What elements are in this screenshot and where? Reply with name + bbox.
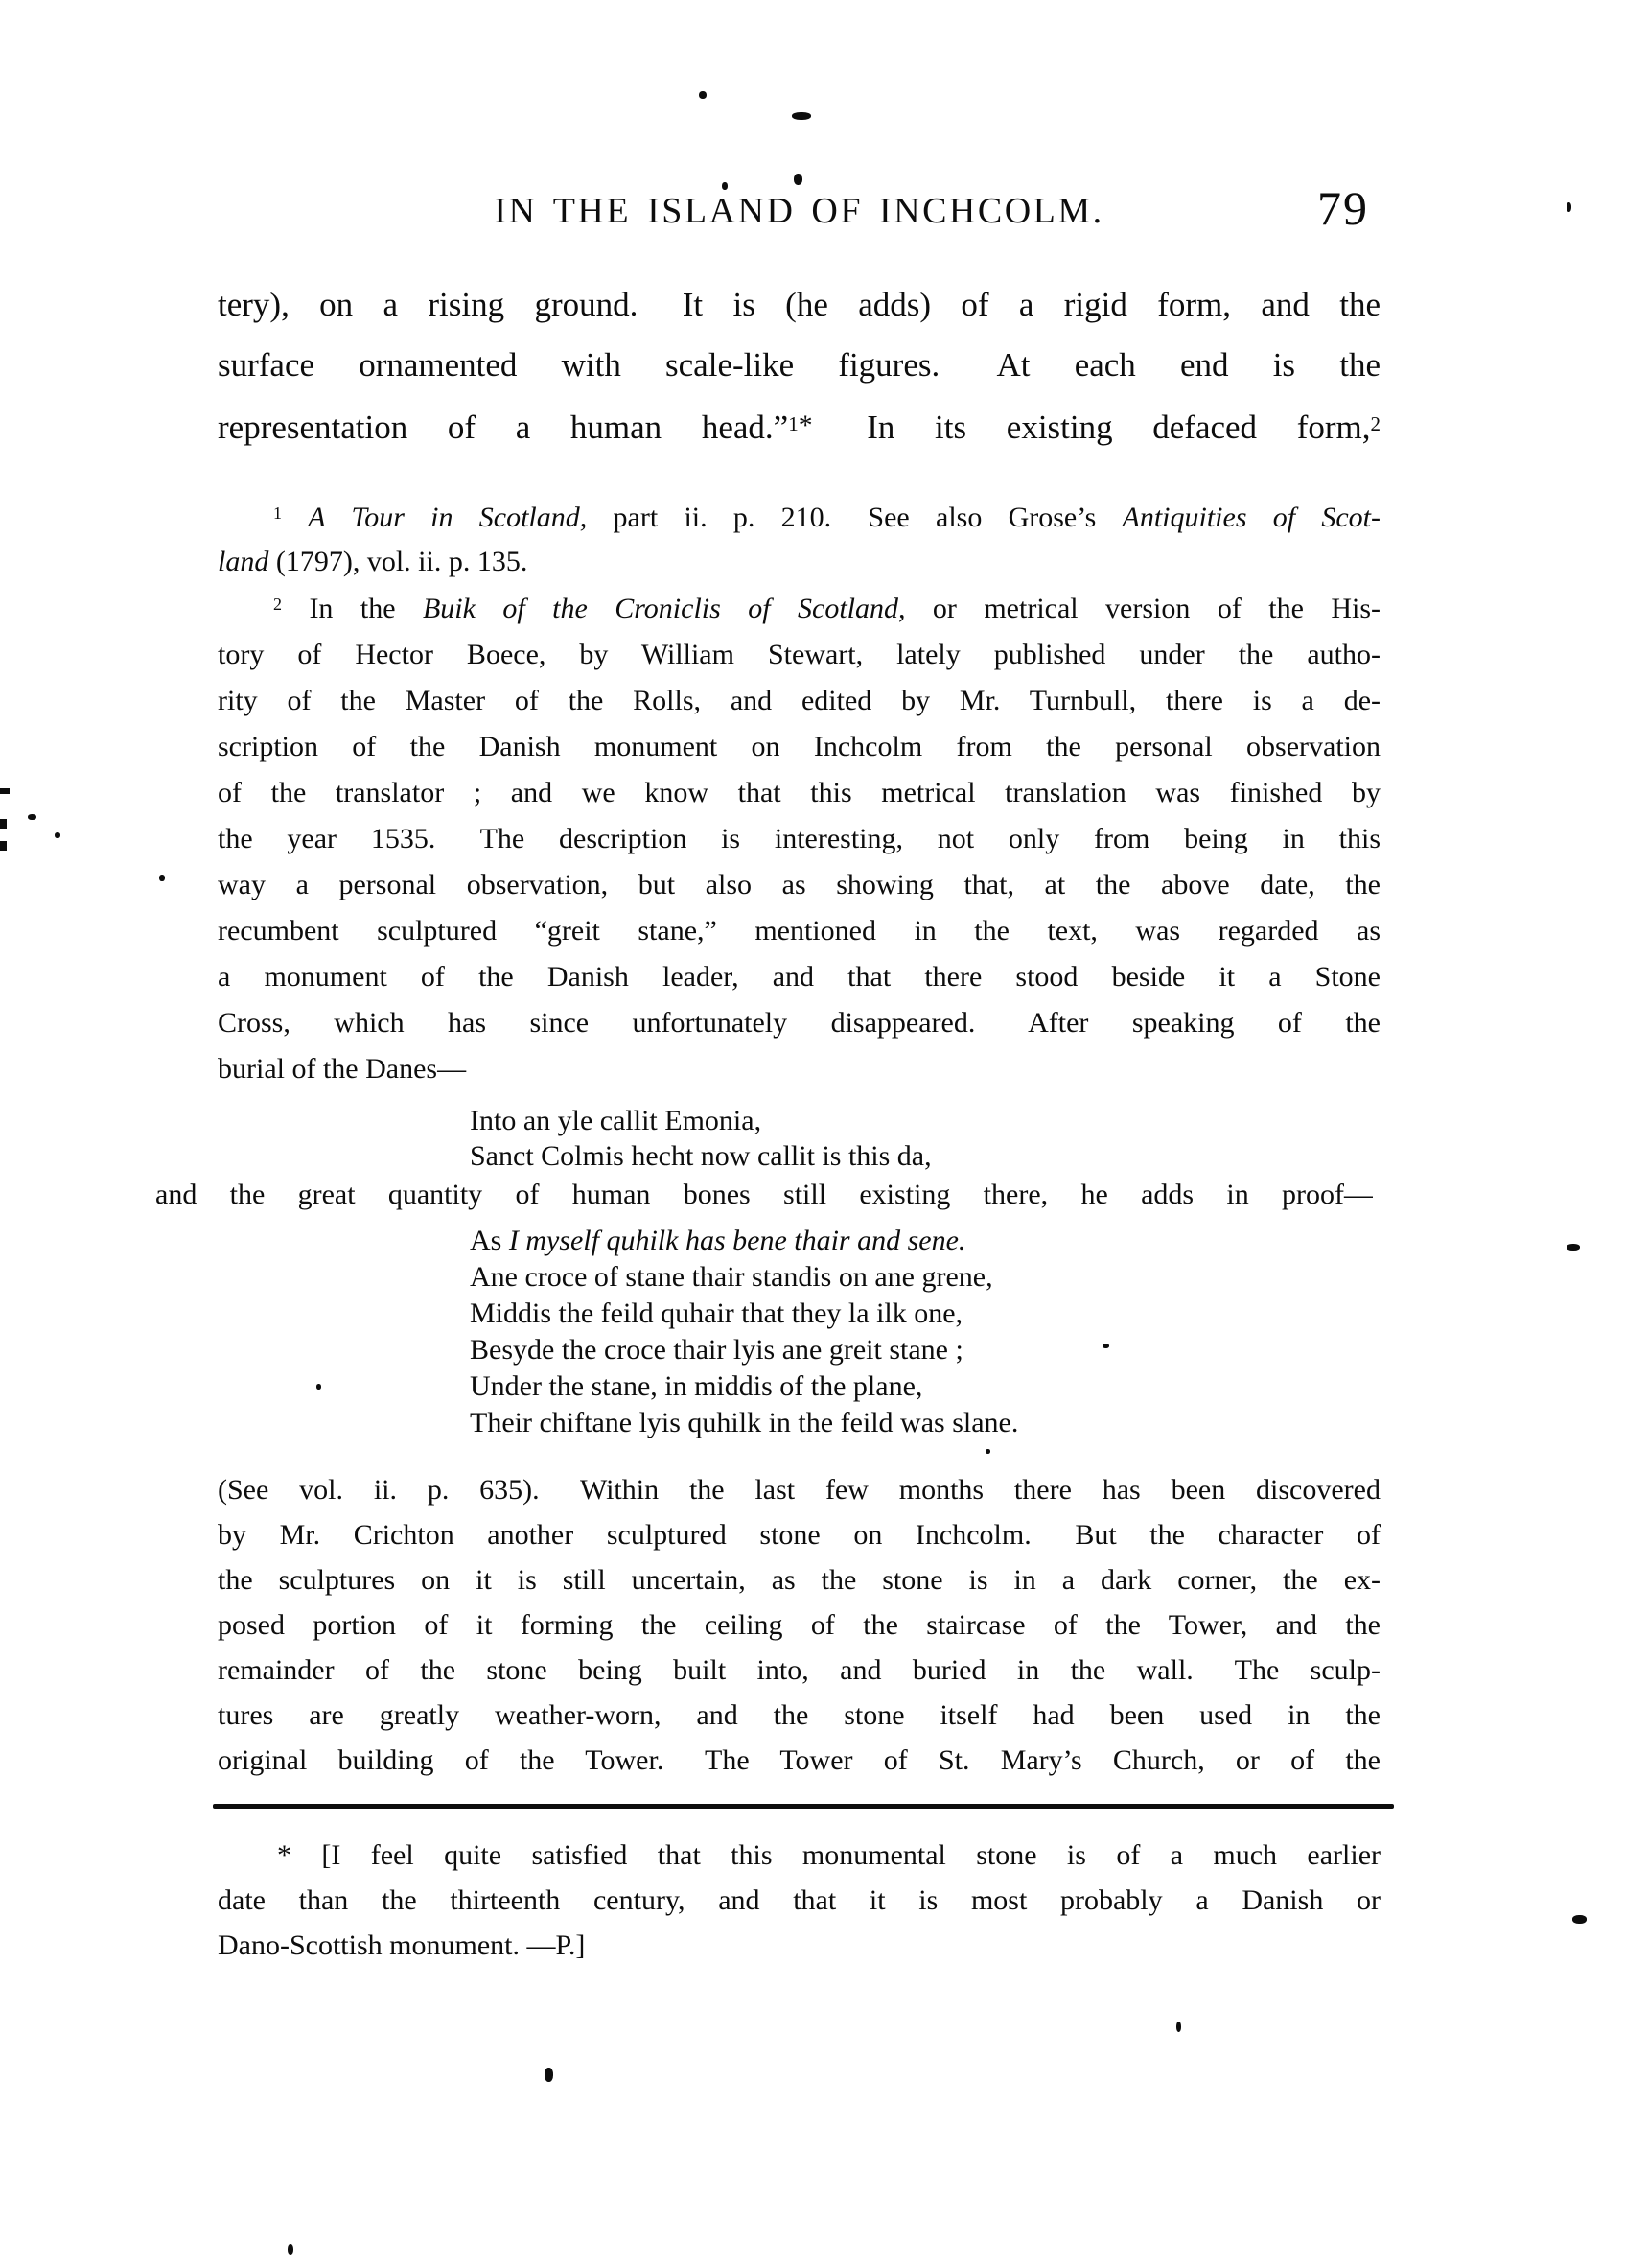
footnote-text: remainder of the stone being built into,…	[218, 1654, 1194, 1686]
footnote-text: or metrical version of the His-	[933, 593, 1381, 624]
footnote-line: the year 1535. The description is intere…	[218, 816, 1381, 862]
verse-text: Into an yle callit Emonia,	[470, 1105, 761, 1136]
verse-line: Into an yle callit Emonia,	[470, 1103, 932, 1138]
verse-text: Their chiftane lyis quhilk in the feild …	[470, 1407, 1018, 1438]
verse-quote-1: Into an yle callit Emonia, Sanct Colmis …	[470, 1103, 932, 1174]
footnote-text: (See vol. ii. p. 635).	[218, 1474, 540, 1506]
verse-line: Ane croce of stane thair standis on ane …	[470, 1259, 1018, 1296]
footnote-line: (See vol. ii. p. 635). Within the last f…	[218, 1467, 1381, 1512]
editor-note: * [I feel quite satisfied that this monu…	[218, 1833, 1381, 1968]
footnote-line: original building of the Tower. The Towe…	[218, 1738, 1381, 1783]
cited-title: Buik of the Croniclis of Scotland,	[423, 593, 906, 624]
footnote-line: rity of the Master of the Rolls, and edi…	[218, 678, 1381, 724]
footnote-text: the sculptures on it is still uncertain,…	[218, 1564, 1381, 1596]
cited-title: land	[218, 546, 268, 577]
footnote-text: In the	[309, 593, 395, 624]
footnote-ref-2: 2	[1371, 412, 1381, 435]
footnote-text: and the great quantity of human bones st…	[155, 1179, 1373, 1210]
paragraph-text: representation of a human head.”	[218, 409, 788, 446]
footnote-text: of the translator ; and we know that thi…	[218, 777, 1381, 808]
footnote-text: The Tower of St. Mary’s Church, or of th…	[705, 1744, 1381, 1776]
footnote-ref-asterisk: *	[799, 409, 813, 441]
continuation-paragraph: (See vol. ii. p. 635). Within the last f…	[218, 1467, 1381, 1783]
scan-speck	[55, 832, 60, 838]
verse-text: Ane croce of stane thair standis on ane …	[470, 1261, 993, 1293]
footnote-marker-2: 2	[273, 595, 282, 614]
verse-line: Middis the feild quhair that they la ilk…	[470, 1296, 1018, 1332]
footnote-line: recumbent sculptured “greit stane,” ment…	[218, 908, 1381, 954]
verse-text: Besyde the croce thair lyis ane greit st…	[470, 1334, 963, 1366]
paragraph-line: surface ornamented with scale-like figur…	[218, 335, 1381, 395]
scan-speck	[0, 819, 7, 829]
scan-speck	[0, 841, 7, 851]
footnote-text: See also Grose’s	[868, 502, 1096, 533]
footnote-text: scription of the Danish monument on Inch…	[218, 731, 1381, 762]
footnote-text: way a personal observation, but also as …	[218, 869, 1381, 900]
footnote-line: the sculptures on it is still uncertain,…	[218, 1557, 1381, 1602]
footnote-text: burial of the Danes—	[218, 1053, 466, 1085]
note-marker: *	[277, 1839, 291, 1871]
footnote-line: burial of the Danes—	[218, 1046, 1381, 1092]
footnote-line: posed portion of it forming the ceiling …	[218, 1602, 1381, 1648]
scan-speck	[986, 1449, 990, 1454]
footnote-text: the year 1535.	[218, 823, 435, 854]
paragraph-text: tery), on a rising ground.	[218, 286, 638, 323]
verse-text-italic: I myself quhilk has bene thair and sene.	[509, 1225, 966, 1256]
paragraph-line: representation of a human head.”1* In it…	[218, 395, 1381, 456]
scan-speck	[288, 2244, 293, 2255]
scan-speck	[0, 788, 10, 794]
note-text: date than the thirteenth century, and th…	[218, 1884, 1381, 1916]
footnote-text: rity of the Master of the Rolls, and edi…	[218, 685, 1381, 716]
note-line: * [I feel quite satisfied that this monu…	[218, 1833, 1381, 1878]
note-line: Dano-Scottish monument. —P.]	[218, 1923, 1381, 1968]
verse-quote-2: As I myself quhilk has bene thair and se…	[470, 1223, 1018, 1441]
verse-text: As	[470, 1225, 501, 1256]
verse-line: Sanct Colmis hecht now callit is this da…	[470, 1138, 932, 1174]
footnote-rule	[213, 1804, 1394, 1809]
footnote-1: 1 A Tour in Scotland, part ii. p. 210. S…	[218, 496, 1381, 584]
scan-speck	[1572, 1915, 1587, 1924]
footnote-line: of the translator ; and we know that thi…	[218, 770, 1381, 816]
note-text: [I feel quite satisfied that this monume…	[321, 1839, 1381, 1871]
footnote-line: a monument of the Danish leader, and tha…	[218, 954, 1381, 1000]
scan-speck	[722, 182, 728, 190]
footnote-text: original building of the Tower.	[218, 1744, 663, 1776]
footnote-text: But the character of	[1075, 1519, 1381, 1551]
footnote-line: remainder of the stone being built into,…	[218, 1648, 1381, 1693]
footnote-line: by Mr. Crichton another sculptured stone…	[218, 1512, 1381, 1557]
footnote-line: 1 A Tour in Scotland, part ii. p. 210. S…	[218, 496, 1381, 540]
scan-speck	[699, 91, 707, 99]
scan-speck	[28, 814, 36, 820]
scan-speck	[1176, 2022, 1181, 2032]
verse-text: Sanct Colmis hecht now callit is this da…	[470, 1140, 932, 1172]
footnote-text: The sculp-	[1235, 1654, 1381, 1686]
paragraph-text: At each end is the	[997, 346, 1381, 384]
footnote-line: land (1797), vol. ii. p. 135.	[218, 540, 1381, 584]
footnote-text: Within the last few months there has bee…	[580, 1474, 1381, 1506]
paragraph-text: surface ornamented with scale-like figur…	[218, 346, 940, 384]
note-text: Dano-Scottish monument. —P.]	[218, 1929, 585, 1961]
footnote-text: recumbent sculptured “greit stane,” ment…	[218, 915, 1381, 947]
cited-title: A Tour in Scotland,	[308, 502, 587, 533]
verse-line: Under the stane, in middis of the plane,	[470, 1368, 1018, 1405]
book-page-scan: IN THE ISLAND OF INCHCOLM. 79 tery), on …	[0, 0, 1648, 2268]
footnote-text: by Mr. Crichton another sculptured stone…	[218, 1519, 1032, 1551]
footnote-line: way a personal observation, but also as …	[218, 862, 1381, 908]
footnote-text: After speaking of the	[1028, 1007, 1381, 1039]
footnote-text: a monument of the Danish leader, and tha…	[218, 961, 1381, 993]
scan-speck	[1103, 1344, 1109, 1348]
footnote-line: tures are greatly weather-worn, and the …	[218, 1693, 1381, 1738]
footnote-text: tures are greatly weather-worn, and the …	[218, 1699, 1381, 1731]
footnote-line: tory of Hector Boece, by William Stewart…	[218, 632, 1381, 678]
footnote-line: 2 In the Buik of the Croniclis of Scotla…	[218, 586, 1381, 632]
footnote-text: The description is interesting, not only…	[480, 823, 1381, 854]
page-number: 79	[1317, 184, 1394, 232]
footnote-2: 2 In the Buik of the Croniclis of Scotla…	[218, 586, 1381, 1092]
verse-line: As I myself quhilk has bene thair and se…	[470, 1223, 1018, 1259]
footnote-text: part ii. p. 210.	[614, 502, 832, 533]
footnote-line: scription of the Danish monument on Inch…	[218, 724, 1381, 770]
footnote-text: (1797), vol. ii. p. 135.	[276, 546, 528, 577]
footnote-text: Cross, which has since unfortunately dis…	[218, 1007, 975, 1039]
verse-line: Besyde the croce thair lyis ane greit st…	[470, 1332, 1018, 1368]
verse-line: Their chiftane lyis quhilk in the feild …	[470, 1405, 1018, 1441]
running-head: IN THE ISLAND OF INCHCOLM.	[218, 192, 1381, 234]
scan-speck	[794, 174, 802, 185]
main-paragraph: tery), on a rising ground. It is (he add…	[218, 274, 1381, 456]
scan-speck	[159, 875, 165, 881]
footnote-text: posed portion of it forming the ceiling …	[218, 1609, 1381, 1641]
paragraph-text: In its existing defaced form,	[867, 409, 1370, 446]
footnote-line: and the great quantity of human bones st…	[155, 1177, 1373, 1213]
scan-speck	[792, 112, 811, 120]
verse-text: Under the stane, in middis of the plane,	[470, 1370, 922, 1402]
page-title: IN THE ISLAND OF INCHCOLM.	[494, 192, 1103, 230]
bridge-line: and the great quantity of human bones st…	[155, 1177, 1373, 1213]
verse-text: Middis the feild quhair that they la ilk…	[470, 1298, 963, 1329]
footnote-marker-1: 1	[273, 503, 282, 523]
note-line: date than the thirteenth century, and th…	[218, 1878, 1381, 1923]
scan-speck	[545, 2068, 553, 2082]
paragraph-text: It is (he adds) of a rigid form, and the	[683, 286, 1381, 323]
scan-speck	[316, 1384, 321, 1390]
footnote-ref-1: 1	[788, 412, 799, 435]
scan-speck	[1567, 1244, 1580, 1251]
footnote-line: Cross, which has since unfortunately dis…	[218, 1000, 1381, 1046]
footnote-text: tory of Hector Boece, by William Stewart…	[218, 639, 1381, 670]
cited-title: Antiquities of Scot-	[1123, 502, 1381, 533]
scan-speck	[1567, 202, 1571, 212]
paragraph-line: tery), on a rising ground. It is (he add…	[218, 274, 1381, 335]
